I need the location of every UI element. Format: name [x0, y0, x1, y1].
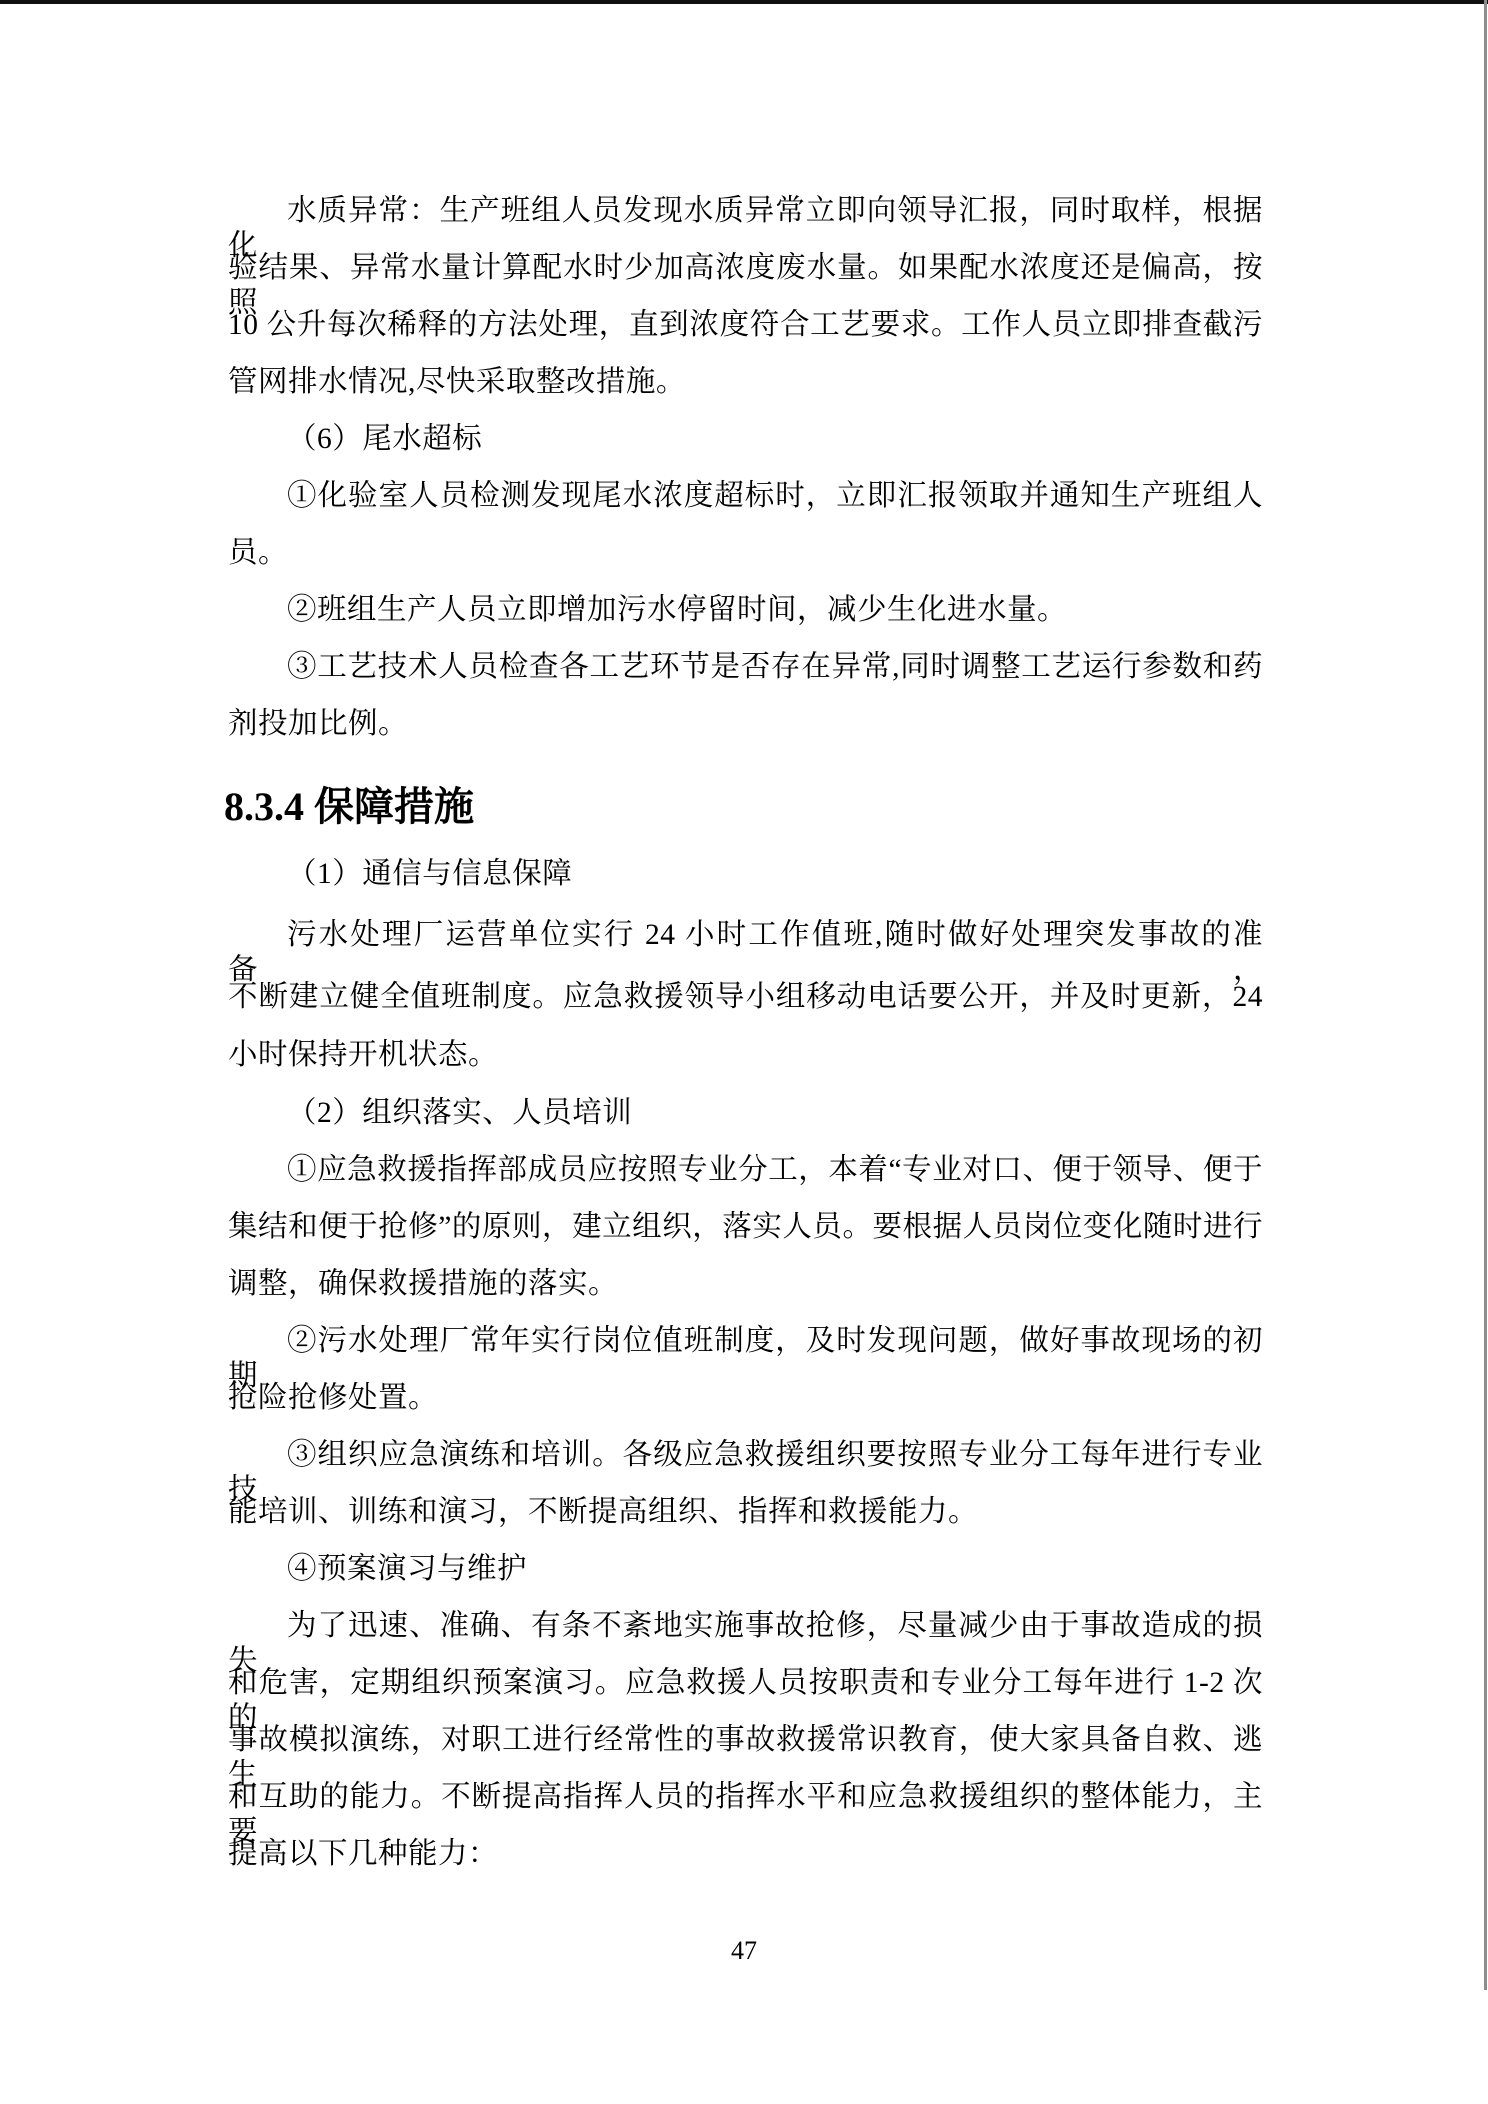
text-line: 剂投加比例。: [228, 707, 1263, 742]
text-line: 10 公升每次稀释的方法处理，直到浓度符合工艺要求。工作人员立即排查截污: [228, 308, 1263, 343]
text-line: （6）尾水超标: [228, 422, 1263, 457]
text-line: ①应急救援指挥部成员应按照专业分工，本着“专业对口、便于领导、便于: [228, 1153, 1263, 1188]
text-line: ③工艺技术人员检查各工艺环节是否存在异常,同时调整工艺运行参数和药: [228, 650, 1263, 685]
document-page: 水质异常：生产班组人员发现水质异常立即向领导汇报，同时取样，根据化 验结果、异常…: [0, 0, 1488, 2104]
scan-edge-top: [0, 0, 1488, 4]
text-line: 污水处理厂运营单位实行 24 小时工作值班,随时做好处理突发事故的准备，: [228, 918, 1263, 988]
text-line: ①化验室人员检测发现尾水浓度超标时，立即汇报领取并通知生产班组人: [228, 479, 1263, 514]
text-line: 抢险抢修处置。: [228, 1381, 1263, 1416]
text-line: （1）通信与信息保障: [228, 857, 1263, 892]
text-line: 管网排水情况,尽快采取整改措施。: [228, 365, 1263, 400]
text-line: 能培训、训练和演习，不断提高组织、指挥和救援能力。: [228, 1495, 1263, 1530]
text-line: ④预案演习与维护: [228, 1552, 1263, 1587]
text-line: 集结和便于抢修”的原则，建立组织，落实人员。要根据人员岗位变化随时进行: [228, 1210, 1263, 1245]
text-line: 调整，确保救援措施的落实。: [228, 1267, 1263, 1302]
page-number: 47: [0, 1936, 1488, 1966]
text-line: 小时保持开机状态。: [228, 1038, 1263, 1073]
text-line: 员。: [228, 536, 1263, 571]
text-line: 不断建立健全值班制度。应急救援领导小组移动电话要公开，并及时更新，24: [228, 980, 1263, 1015]
text-line: 提高以下几种能力：: [228, 1837, 1263, 1872]
text-line: ②班组生产人员立即增加污水停留时间，减少生化进水量。: [228, 593, 1263, 628]
section-heading: 8.3.4 保障措施: [224, 784, 1324, 830]
scan-edge-right: [1484, 0, 1487, 1990]
text-line: （2）组织落实、人员培训: [228, 1096, 1263, 1131]
